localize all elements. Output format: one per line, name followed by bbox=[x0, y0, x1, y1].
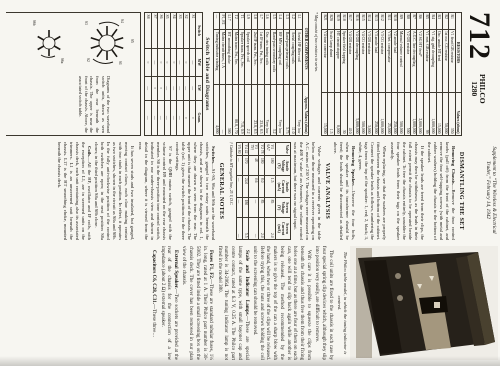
resistors-table-body: R1V1 fixed GB resistor350R21st osc. CG r… bbox=[322, 13, 456, 136]
table-cell: 250,000 bbox=[392, 93, 398, 136]
table-cell: L2 bbox=[290, 13, 296, 30]
table-cell: S8 bbox=[145, 13, 151, 49]
table-row: R19HT circuit stopper8,000 bbox=[334, 13, 340, 136]
table-cell: 710, 0.9 bbox=[239, 85, 245, 136]
table-cell: Mains circuit fuses, 1 A bbox=[220, 30, 226, 85]
table-cell: — bbox=[145, 76, 151, 100]
table-cell: T1 bbox=[239, 13, 245, 30]
table-cell: L1 bbox=[296, 13, 302, 30]
table-row: R18Speaker field tapping30 bbox=[341, 13, 347, 136]
sheet-number: 712 bbox=[464, 12, 494, 60]
table-cell: L4 bbox=[277, 13, 283, 30]
anode-ma-header: Anode Current (mA) bbox=[275, 176, 290, 198]
anode-v-header: Anode Voltage (V) bbox=[275, 156, 290, 176]
table-cell: S2 bbox=[183, 13, 189, 49]
table-cell: 180 bbox=[265, 156, 275, 176]
table-cell: — bbox=[213, 13, 219, 30]
table-cell: 350 bbox=[449, 93, 455, 136]
photo-caption: The Philco table model, in which the tun… bbox=[337, 248, 348, 358]
table-cell: 50,000 bbox=[442, 93, 448, 136]
table-row: —Tuning indicator winding4,000 bbox=[213, 13, 219, 136]
table-cell: 1.5 bbox=[328, 93, 334, 136]
table-cell: V2 SG HT feed* bbox=[417, 29, 423, 93]
table-cell: V4 tone corrector bbox=[322, 29, 328, 93]
table-row: R3Osc. anode HT feed15,000 bbox=[436, 13, 442, 136]
table-cell: 2nd IF trans. Pri., Sec. bbox=[251, 30, 257, 85]
switch-label: S2 bbox=[86, 58, 90, 62]
table-cell: 1,000,000 bbox=[379, 93, 385, 136]
table-cell: ○ bbox=[145, 49, 151, 76]
model: 1280 bbox=[470, 74, 478, 104]
table-cell: ○ bbox=[183, 100, 189, 135]
scanned-service-sheet: 712 PHILCO 1280 Supplement to “The Wirel… bbox=[0, 0, 500, 366]
table-cell: 11.0 bbox=[290, 85, 296, 136]
waveband-switch-diagram: S1 S2 S3 S4 S5 S6a S6b bbox=[15, 15, 137, 73]
table-cell: — bbox=[164, 76, 170, 100]
paragraph: If the speaker leads are freed from thei… bbox=[389, 142, 425, 240]
table-row: R16V4 GB decoupling5,000,000 bbox=[353, 13, 359, 136]
supplement-line: Supplement to “The Wireless & Electrical… bbox=[485, 138, 497, 242]
table-cell: Speaker speech coil bbox=[245, 30, 251, 85]
table-cell: V2 78 bbox=[259, 143, 265, 156]
table-cell: ○ bbox=[158, 76, 164, 100]
left-column: RESISTORS Values (ohms) R1V1 fixed GB re… bbox=[6, 12, 462, 136]
table-cell: 23.0, 8.5 bbox=[258, 85, 264, 136]
table-cell: R1 bbox=[449, 13, 455, 30]
table-cell: R20 bbox=[328, 13, 334, 30]
table-row: L5Band-pass secondary coils3.2 bbox=[270, 13, 276, 136]
brand-model: PHILCO 1280 bbox=[470, 74, 487, 104]
table-cell: 2.2 bbox=[245, 85, 251, 136]
table-row: L2Aerial coupling coils11.0 bbox=[290, 13, 296, 136]
table-cell: 1,000,000 bbox=[411, 93, 417, 136]
table-cell: R7 bbox=[411, 13, 417, 30]
table-row: R10V2 anode load250,000 bbox=[392, 13, 398, 136]
table-cell: R3 bbox=[436, 13, 442, 30]
table-row: S2○—○ bbox=[183, 13, 189, 136]
table-cell: V3 anode load bbox=[372, 29, 378, 93]
table-cell: R16 bbox=[353, 13, 359, 30]
table-cell: R4 bbox=[430, 13, 436, 30]
table-row: V5 80———— bbox=[236, 143, 242, 240]
table-cell: ○ bbox=[158, 49, 164, 76]
table-row: R8V2 GB resistor500 bbox=[404, 13, 410, 136]
table-cell: 1st osc. CG resistor bbox=[442, 29, 448, 93]
dismantling-heading: DISMANTLING THE SET bbox=[458, 142, 464, 240]
resistors-table: RESISTORS Values (ohms) R1V1 fixed GB re… bbox=[321, 12, 462, 136]
table-row: L9Speaker speech coil2.2 bbox=[245, 13, 251, 136]
table-row: S8○—— bbox=[145, 13, 151, 136]
paragraph: When replacing, see that the washers are… bbox=[358, 142, 388, 240]
table-cell: ○ bbox=[189, 100, 195, 135]
other-components-title: OTHER COMPONENTS bbox=[302, 13, 308, 85]
table-cell: — bbox=[145, 100, 151, 135]
cabinet-photo bbox=[350, 246, 498, 360]
table-cell: V4 GB decoupling bbox=[353, 29, 359, 93]
table-cell: Very low bbox=[277, 85, 283, 136]
table-cell: — bbox=[158, 100, 164, 135]
table-cell: 500,000 bbox=[360, 93, 366, 136]
table-cell: S5 bbox=[164, 13, 170, 49]
resistors-title: RESISTORS bbox=[455, 13, 461, 93]
table-cell: 500 bbox=[404, 93, 410, 136]
table-cell: Scale lamp shunt bbox=[328, 29, 334, 93]
table-row: S5○—— bbox=[164, 13, 170, 136]
table-cell: — bbox=[177, 49, 183, 76]
table-row: V1 6A71801.5852.0 bbox=[265, 143, 275, 240]
table-cell: T2 bbox=[232, 13, 238, 30]
table-cell: HT circuit stopper bbox=[334, 29, 340, 93]
table-cell: 410 bbox=[347, 93, 353, 136]
paragraph: Removing Speaker.—Unscrew the four bolts… bbox=[332, 142, 356, 240]
table-row: R21st osc. CG resistor50,000 bbox=[442, 13, 448, 136]
paragraph: The coil units are fixed to the chassis … bbox=[312, 246, 332, 360]
table-cell: R18 bbox=[341, 13, 347, 30]
switch-label: S1 bbox=[118, 61, 122, 65]
switch-table-header: Switch MW LW Gram. bbox=[196, 13, 202, 136]
table-cell: HF MW coupling coil bbox=[277, 30, 283, 85]
table-row: RESISTORS Values (ohms) bbox=[455, 13, 461, 136]
other-components-body: L1Aerial HF filter coilVery lowL2Aerial … bbox=[213, 13, 302, 136]
table-row: V2 781808.0852.0 bbox=[259, 143, 265, 240]
gram-col-header: Gram. bbox=[196, 100, 202, 135]
table-cell: 85 bbox=[259, 198, 265, 218]
table-row: R17V4 GB resistor410 bbox=[347, 13, 353, 136]
table-cell: R9 bbox=[398, 13, 404, 30]
table-row: S7—○— bbox=[151, 13, 157, 136]
table-cell: — bbox=[236, 176, 242, 198]
table-row: L1Aerial HF filter coilVery low bbox=[296, 13, 302, 136]
valve-table-body: V1 6A71801.5852.0V2 781808.0852.0V3 75†4… bbox=[236, 143, 275, 240]
table-cell: R19 bbox=[334, 13, 340, 30]
table-cell: — bbox=[189, 49, 195, 76]
rotated-page: 712 PHILCO 1280 Supplement to “The Wirel… bbox=[0, 0, 500, 366]
table-cell: 85 bbox=[265, 198, 275, 218]
switch-label: S5 bbox=[130, 39, 134, 43]
paragraph: S7 is the QMB mains switch, ganged with … bbox=[137, 142, 173, 240]
table-cell: Aerial coupling coils bbox=[290, 30, 296, 85]
table-cell: 5.5 bbox=[242, 218, 248, 240]
table-cell: 5,000,000 bbox=[353, 93, 359, 136]
table-cell: — bbox=[177, 100, 183, 135]
switch-label: S3 bbox=[84, 21, 88, 25]
resistors-value-header: Values (ohms) bbox=[455, 93, 461, 136]
table-cell: 500,000 bbox=[398, 93, 404, 136]
table-cell: 2.0 bbox=[265, 218, 275, 240]
table-cell: V2 anode load bbox=[392, 29, 398, 93]
table-cell: — bbox=[170, 100, 176, 135]
table-row: L17HT smoothing choke380 bbox=[226, 13, 232, 136]
table-cell: V4 CG resistor bbox=[360, 29, 366, 93]
table-cell: R12 bbox=[379, 13, 385, 30]
table-cell: 180 bbox=[259, 156, 265, 176]
table-row: S6○○— bbox=[158, 13, 164, 136]
table-row: L82nd IF trans. Pri., Sec.23.0, 8.5 bbox=[251, 13, 257, 136]
table-cell: 180 bbox=[242, 198, 248, 218]
table-cell: 8,000 bbox=[334, 93, 340, 136]
table-row: S3——— bbox=[177, 13, 183, 136]
table-cell: 3,000 bbox=[366, 93, 372, 136]
table-cell: S6 bbox=[158, 13, 164, 49]
resistors-table-header: RESISTORS Values (ohms) bbox=[455, 13, 461, 136]
table-cell: Band-pass secondary coils bbox=[270, 30, 276, 85]
table-cell: L5 bbox=[270, 13, 276, 30]
table-cell: L17 bbox=[226, 13, 232, 30]
table-cell: — bbox=[236, 198, 242, 218]
table-row: F1, F2Mains circuit fuses, 1 A— bbox=[220, 13, 226, 136]
table-cell: — bbox=[177, 76, 183, 100]
table-cell: ○ bbox=[183, 49, 189, 76]
table-cell: R10 bbox=[392, 13, 398, 30]
table-cell: V1 sig. grid decoupling bbox=[430, 29, 436, 93]
table-cell: Aerial HF filter coil bbox=[296, 30, 302, 85]
valve-analysis-table: Valve Anode Voltage (V) Anode Current (m… bbox=[236, 142, 291, 240]
valve-analysis-heading: VALVE ANALYSIS bbox=[324, 142, 330, 240]
table-row: R6V2 SG HT feed*2,000,000 bbox=[417, 13, 423, 136]
table-cell: 1.5 bbox=[265, 176, 275, 198]
table-cell: — bbox=[164, 100, 170, 135]
table-cell: Very low bbox=[264, 85, 270, 136]
table-cell: L6 bbox=[264, 13, 270, 30]
table-cell: R5 bbox=[423, 13, 429, 30]
table-cell: — bbox=[170, 76, 176, 100]
table-cell: V5 80 bbox=[236, 143, 242, 156]
table-row: L6Osc. circ. tuning coilsVery low bbox=[264, 13, 270, 136]
table-row: R12V3 CG resistor1,000,000 bbox=[379, 13, 385, 136]
table-cell: — bbox=[151, 49, 157, 76]
switch-label: S6a bbox=[60, 58, 64, 64]
general-notes-heading: GENERAL NOTES bbox=[218, 142, 224, 240]
table-cell: 1,000,000 bbox=[430, 93, 436, 136]
table-row: T1Speaker trans. Pri., Sec.710, 0.9 bbox=[239, 13, 245, 136]
switch-label: S4 bbox=[120, 19, 124, 23]
table-row: Valve Anode Voltage (V) Anode Current (m… bbox=[275, 143, 290, 240]
table-cell: V2 GB resistor bbox=[404, 29, 410, 93]
paragraph: Switches.—S1-S5, S6a and S6b are the wav… bbox=[174, 142, 216, 240]
right-column-text: The coil units are fixed to the chassis … bbox=[150, 246, 333, 360]
table-cell: ○ bbox=[151, 76, 157, 100]
table-row: Switch MW LW Gram. bbox=[196, 13, 202, 136]
table-cell: R14 bbox=[366, 13, 372, 30]
valve-table-header: Valve Anode Voltage (V) Anode Current (m… bbox=[275, 143, 290, 240]
table-cell: V3 het. compensator bbox=[385, 29, 391, 93]
table-row: R20Scale lamp shunt1.5 bbox=[328, 13, 334, 136]
table-cell: ○ bbox=[170, 49, 176, 76]
table-cell: Speaker field tapping bbox=[341, 29, 347, 93]
table-row: L71st IF trans. Pri., Sec.23.0, 8.5 bbox=[258, 13, 264, 136]
table-cell: V4 GB resistor bbox=[347, 29, 353, 93]
table-cell: L8 bbox=[251, 13, 257, 30]
brand: PHILCO bbox=[478, 74, 486, 104]
table-cell: R13 bbox=[372, 13, 378, 30]
table-cell: ○ bbox=[164, 49, 170, 76]
table-row: R4V1 sig. grid decoupling1,000,000 bbox=[430, 13, 436, 136]
table-cell: S3 bbox=[177, 13, 183, 49]
table-row: R13V3 anode load250,000 bbox=[372, 13, 378, 136]
paragraph: Fuses F1, F2.—These are standard tubular… bbox=[180, 246, 214, 360]
table-row: R15V4 CG resistor500,000 bbox=[360, 13, 366, 136]
paragraph: Capacitors C6, C28, C31.—These three… bbox=[150, 246, 157, 360]
table-cell: 3.2 bbox=[270, 85, 276, 136]
table-cell: S4 bbox=[170, 13, 176, 49]
table-cell: V3 CG resistor bbox=[379, 29, 385, 93]
table-cell: 250,000 bbox=[372, 93, 378, 136]
table-row: R14V3 GB resistor3,000 bbox=[366, 13, 372, 136]
right-column: The Philco table model, in which the tun… bbox=[6, 246, 498, 360]
table-cell: 25,000 bbox=[385, 93, 391, 136]
table-cell: V1 fixed GB resistor bbox=[449, 29, 455, 93]
valve-analysis-intro-wrap: Valve voltages and currents given in the… bbox=[292, 142, 322, 240]
table-cell: — bbox=[249, 198, 259, 218]
table-row: R1V1 fixed GB resistor350 bbox=[449, 13, 455, 136]
valve-analysis-intro: Valve voltages and currents given in the… bbox=[292, 142, 322, 240]
table-row: R11V3 het. compensator25,000 bbox=[385, 13, 391, 136]
paragraph: Scale and Indicator Lamps.—These are spe… bbox=[215, 246, 249, 360]
table-cell: R11 bbox=[385, 13, 391, 30]
table-cell: V3 75† bbox=[249, 143, 259, 156]
table-cell: 2,000,000 bbox=[417, 93, 423, 136]
table-cell: V4 42 bbox=[242, 143, 248, 156]
table-cell: S1 bbox=[189, 13, 195, 49]
paragraph: With care it is possible to squeeze the … bbox=[250, 246, 311, 360]
paragraph: External Speaker.—Two sockets are provid… bbox=[158, 246, 178, 360]
table-cell: Very low bbox=[296, 85, 302, 136]
table-cell: R6 bbox=[417, 13, 423, 30]
dismantling-text: Removing Chassis.—Remove the four contro… bbox=[332, 142, 456, 240]
table-cell: Speaker trans. Pri., Sec. bbox=[239, 30, 245, 85]
table-cell: Osc. circ. tuning coils bbox=[264, 30, 270, 85]
resistors-footnote: * May consist of two resistors in series… bbox=[314, 12, 318, 136]
mw-col-header: MW bbox=[196, 49, 202, 76]
table-cell: 99 bbox=[423, 93, 429, 136]
table-cell: L7 bbox=[258, 13, 264, 30]
table-cell: 30 bbox=[341, 93, 347, 136]
table-cell: — bbox=[151, 100, 157, 135]
table-row: R21V4 tone corrector15,000 bbox=[322, 13, 328, 136]
table-cell: 1st IF trans. Pri., Sec. bbox=[258, 30, 264, 85]
table-row: OTHER COMPONENTS Approx. Values (ohms) bbox=[302, 13, 308, 136]
table-cell: A.G.C. line decoupling bbox=[411, 29, 417, 93]
table-row: T2Mains trans. Pri., Sec.80.0, 170 bbox=[232, 13, 238, 136]
screen-v-header: Screen Voltage (V) bbox=[275, 198, 290, 218]
table-cell: V1 6A7 bbox=[265, 143, 275, 156]
table-cell: F1, F2 bbox=[220, 13, 226, 30]
switch-section-heading: Switch Table and Diagrams bbox=[204, 12, 210, 136]
table-row: R5V1 met. GB resistor99 bbox=[423, 13, 429, 136]
switch-diagram-box: S1 S2 S3 S4 S5 S6a S6b Diagrams of the t… bbox=[6, 12, 141, 136]
table-cell: — bbox=[236, 218, 242, 240]
switch-diagram-caption: Diagrams of the two waveband switch unit… bbox=[9, 76, 137, 133]
table-cell: — bbox=[220, 85, 226, 136]
table-row: L4HF MW coupling coilVery low bbox=[277, 13, 283, 136]
table-cell: 48 bbox=[249, 156, 259, 176]
table-cell: R15 bbox=[360, 13, 366, 30]
paragraph: It has seven studs and two insulated, bu… bbox=[93, 142, 135, 240]
table-cell: 23.0, 8.5 bbox=[251, 85, 257, 136]
table-cell: — bbox=[236, 156, 242, 176]
table-cell: L3 bbox=[283, 13, 289, 30]
switch-table: Switch MW LW Gram. S1——○S2○—○S3———S4○——S… bbox=[144, 12, 202, 136]
table-cell: Tuning indicator winding bbox=[213, 30, 219, 85]
table-cell: 0.6 bbox=[249, 176, 259, 198]
lw-col-header: LW bbox=[196, 76, 202, 100]
table-row: V4 4217024.01805.5 bbox=[242, 143, 248, 240]
middle-column: DISMANTLING THE SET Removing Chassis.—Re… bbox=[4, 142, 466, 240]
other-components-table: OTHER COMPONENTS Approx. Values (ohms) L… bbox=[213, 12, 309, 136]
switch-table-body: S1——○S2○—○S3———S4○——S5○——S6○○—S7—○—S8○—— bbox=[145, 13, 196, 136]
other-components-value-header: Approx. Values (ohms) bbox=[302, 85, 308, 136]
table-row: R7A.G.C. line decoupling1,000,000 bbox=[411, 13, 417, 136]
table-cell: R8 bbox=[404, 13, 410, 30]
table-cell: V1 met. GB resistor bbox=[423, 29, 429, 93]
table-row: L3Band-pass primary coils3.75 bbox=[283, 13, 289, 136]
table-cell: 2.0 bbox=[259, 218, 265, 240]
table-cell: R21 bbox=[322, 13, 328, 30]
general-notes-text: Switches.—S1-S5, S6a and S6b are the wav… bbox=[56, 142, 216, 240]
table-cell: 170 bbox=[242, 156, 248, 176]
table-cell: 15,000 bbox=[436, 93, 442, 136]
table-cell: 3.75 bbox=[283, 85, 289, 136]
table-cell: L9 bbox=[245, 13, 251, 30]
switch-col-header: Switch bbox=[196, 13, 202, 49]
valve-table-footnote: † Cathode to HT negative line, 25 V, D.C… bbox=[229, 142, 233, 240]
table-cell: R17 bbox=[347, 13, 353, 30]
table-row: S1——○ bbox=[189, 13, 195, 136]
table-cell: S7 bbox=[151, 13, 157, 49]
paragraph: Removing Chassis.—Remove the four contro… bbox=[426, 142, 456, 240]
paragraph: Coils.—All the HF, oscillator and IF coi… bbox=[56, 142, 92, 240]
table-cell: Mains trans. Pri., Sec. bbox=[232, 30, 238, 85]
table-cell: — bbox=[189, 76, 195, 100]
table-row: S4○—— bbox=[170, 13, 176, 136]
screen-ma-header: Screen Current (mA) bbox=[275, 218, 290, 240]
table-cell: 80.0, 170 bbox=[232, 85, 238, 136]
table-cell: — bbox=[249, 218, 259, 240]
table-cell: 380 bbox=[226, 85, 232, 136]
table-cell: 4,000 bbox=[213, 85, 219, 136]
table-cell: V3 GB resistor bbox=[366, 29, 372, 93]
table-row: R9Manual volume control500,000 bbox=[398, 13, 404, 136]
other-components-header: OTHER COMPONENTS Approx. Values (ohms) bbox=[302, 13, 308, 136]
switch-label: S6b bbox=[32, 20, 36, 26]
table-cell: 8.0 bbox=[259, 176, 265, 198]
table-cell: R2 bbox=[442, 13, 448, 30]
table-row: V3 75†480.6—— bbox=[249, 143, 259, 240]
table-cell: — bbox=[183, 76, 189, 100]
table-cell: Band-pass primary coils bbox=[283, 30, 289, 85]
table-cell: Osc. anode HT feed bbox=[436, 29, 442, 93]
table-cell: 15,000 bbox=[322, 93, 328, 136]
table-cell: Manual volume control bbox=[398, 29, 404, 93]
table-cell: HT smoothing choke bbox=[226, 30, 232, 85]
valve-col-header: Valve bbox=[275, 143, 290, 156]
table-cell: 24.0 bbox=[242, 176, 248, 198]
